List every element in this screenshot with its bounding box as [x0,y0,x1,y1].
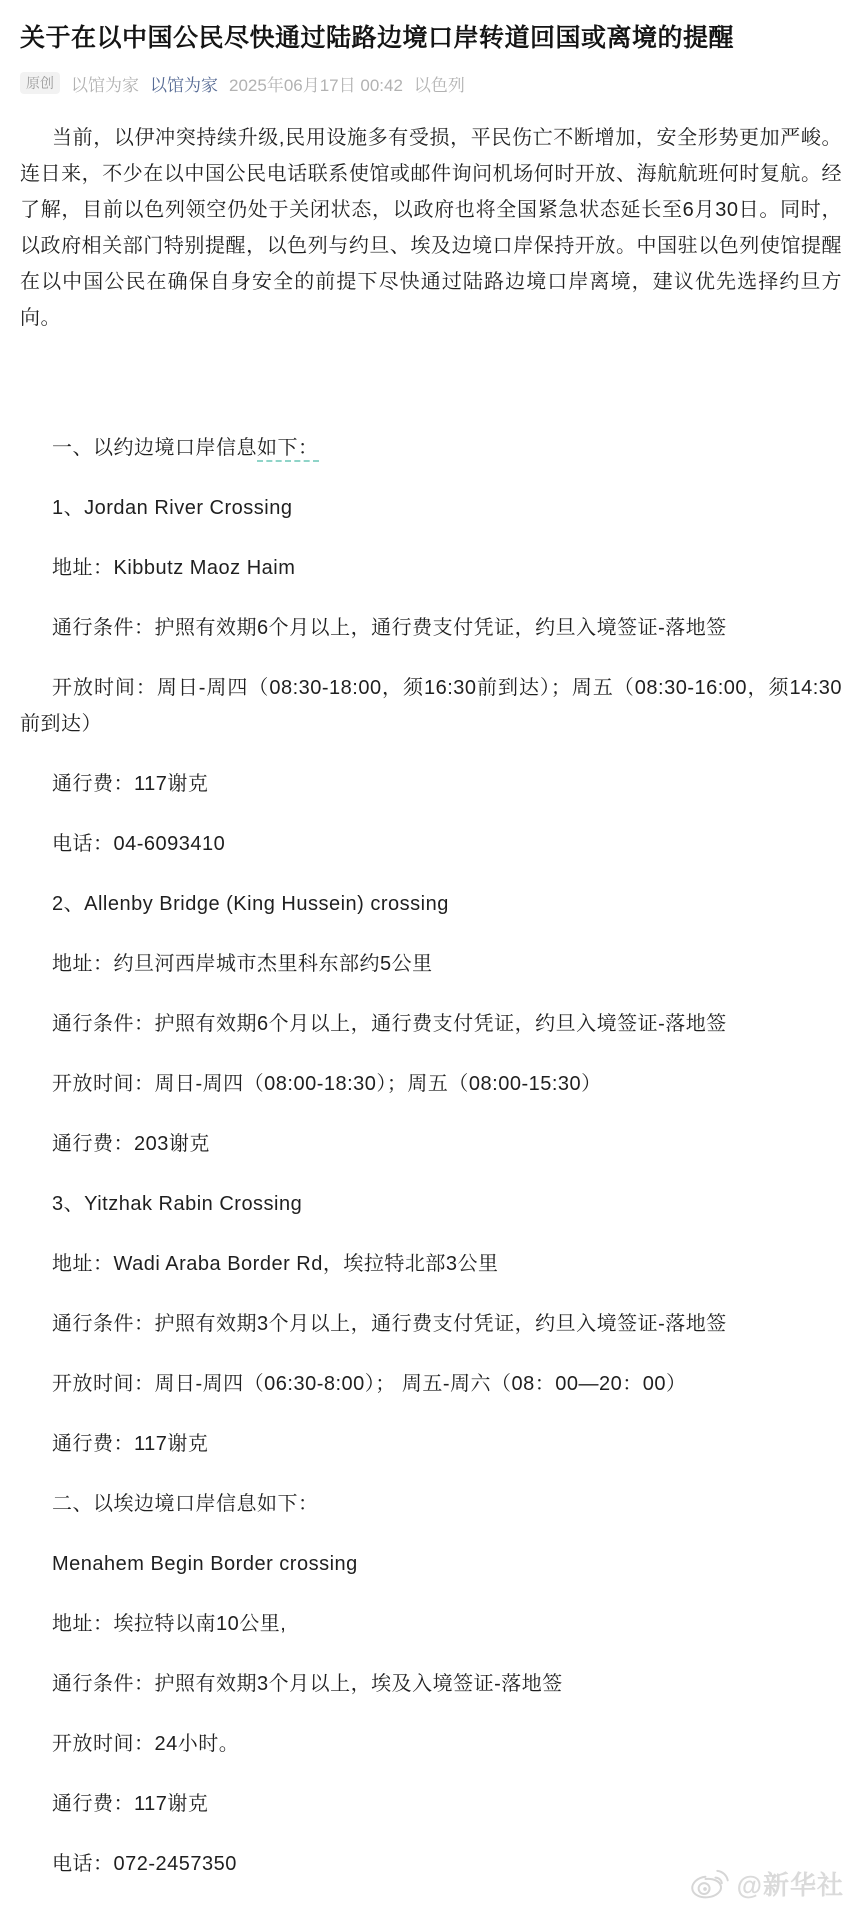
crossing-1-address: 地址：Kibbutz Maoz Haim [20,550,842,586]
article-body: 当前，以伊冲突持续升级,民用设施多有受损，平民伤亡不断增加，安全形势更加严峻。连… [20,120,842,1882]
crossing-3-conditions: 通行条件：护照有效期3个月以上，通行费支付凭证，约旦入境签证-落地签 [20,1306,842,1342]
crossing-1-phone: 电话：04-6093410 [20,826,842,862]
crossing-4-address: 地址：埃拉特以南10公里, [20,1606,842,1642]
crossing-1-hours: 开放时间：周日-周四（08:30-18:00，须16:30前到达）；周五（08:… [20,670,842,742]
crossing-3-title: 3、Yitzhak Rabin Crossing [20,1186,842,1222]
crossing-3-fee: 通行费：117谢克 [20,1426,842,1462]
blank-spacer [20,360,842,406]
crossing-3-address: 地址：Wadi Araba Border Rd，埃拉特北部3公里 [20,1246,842,1282]
author-name: 以馆为家 [71,71,139,96]
publish-location: 以色列 [414,71,465,96]
section-jordan-heading: 一、以约边境口岸信息如下： [20,430,842,466]
weibo-logo-icon [690,1867,730,1901]
crossing-2-address: 地址：约旦河西岸城市杰里科东部约5公里 [20,946,842,982]
original-badge: 原创 [20,72,60,94]
watermark-handle: @新华社 [737,1865,844,1902]
crossing-2-hours: 开放时间：周日-周四（08:00-18:30）；周五（08:00-15:30） [20,1066,842,1102]
dashed-underline-phrase: 如下： [257,437,319,462]
crossing-4-fee: 通行费：117谢克 [20,1786,842,1822]
crossing-2-fee: 通行费：203谢克 [20,1126,842,1162]
crossing-2-title: 2、Allenby Bridge (King Hussein) crossing [20,886,842,922]
watermark: @新华社 [690,1865,844,1902]
crossing-1-conditions: 通行条件：护照有效期6个月以上，通行费支付凭证，约旦入境签证-落地签 [20,610,842,646]
section-egypt-heading: 二、以埃边境口岸信息如下： [20,1486,842,1522]
publish-date: 2025年06月17日 00:42 [229,71,403,96]
crossing-3-hours: 开放时间：周日-周四（06:30-8:00）； 周五-周六（08：00—20：0… [20,1366,842,1402]
crossing-4-title: Menahem Begin Border crossing [20,1546,842,1582]
account-name-link[interactable]: 以馆为家 [150,71,218,96]
article-title: 关于在以中国公民尽快通过陆路边境口岸转道回国或离境的提醒 [20,22,842,56]
article-page: 关于在以中国公民尽快通过陆路边境口岸转道回国或离境的提醒 原创 以馆为家 以馆为… [0,0,862,1914]
crossing-1-fee: 通行费：117谢克 [20,766,842,802]
crossing-1-title: 1、Jordan River Crossing [20,490,842,526]
article-meta: 原创 以馆为家 以馆为家 2025年06月17日 00:42 以色列 [20,71,842,96]
crossing-4-hours: 开放时间：24小时。 [20,1726,842,1762]
crossing-2-conditions: 通行条件：护照有效期6个月以上，通行费支付凭证，约旦入境签证-落地签 [20,1006,842,1042]
intro-paragraph: 当前，以伊冲突持续升级,民用设施多有受损，平民伤亡不断增加，安全形势更加严峻。连… [20,120,842,336]
crossing-4-conditions: 通行条件：护照有效期3个月以上，埃及入境签证-落地签 [20,1666,842,1702]
